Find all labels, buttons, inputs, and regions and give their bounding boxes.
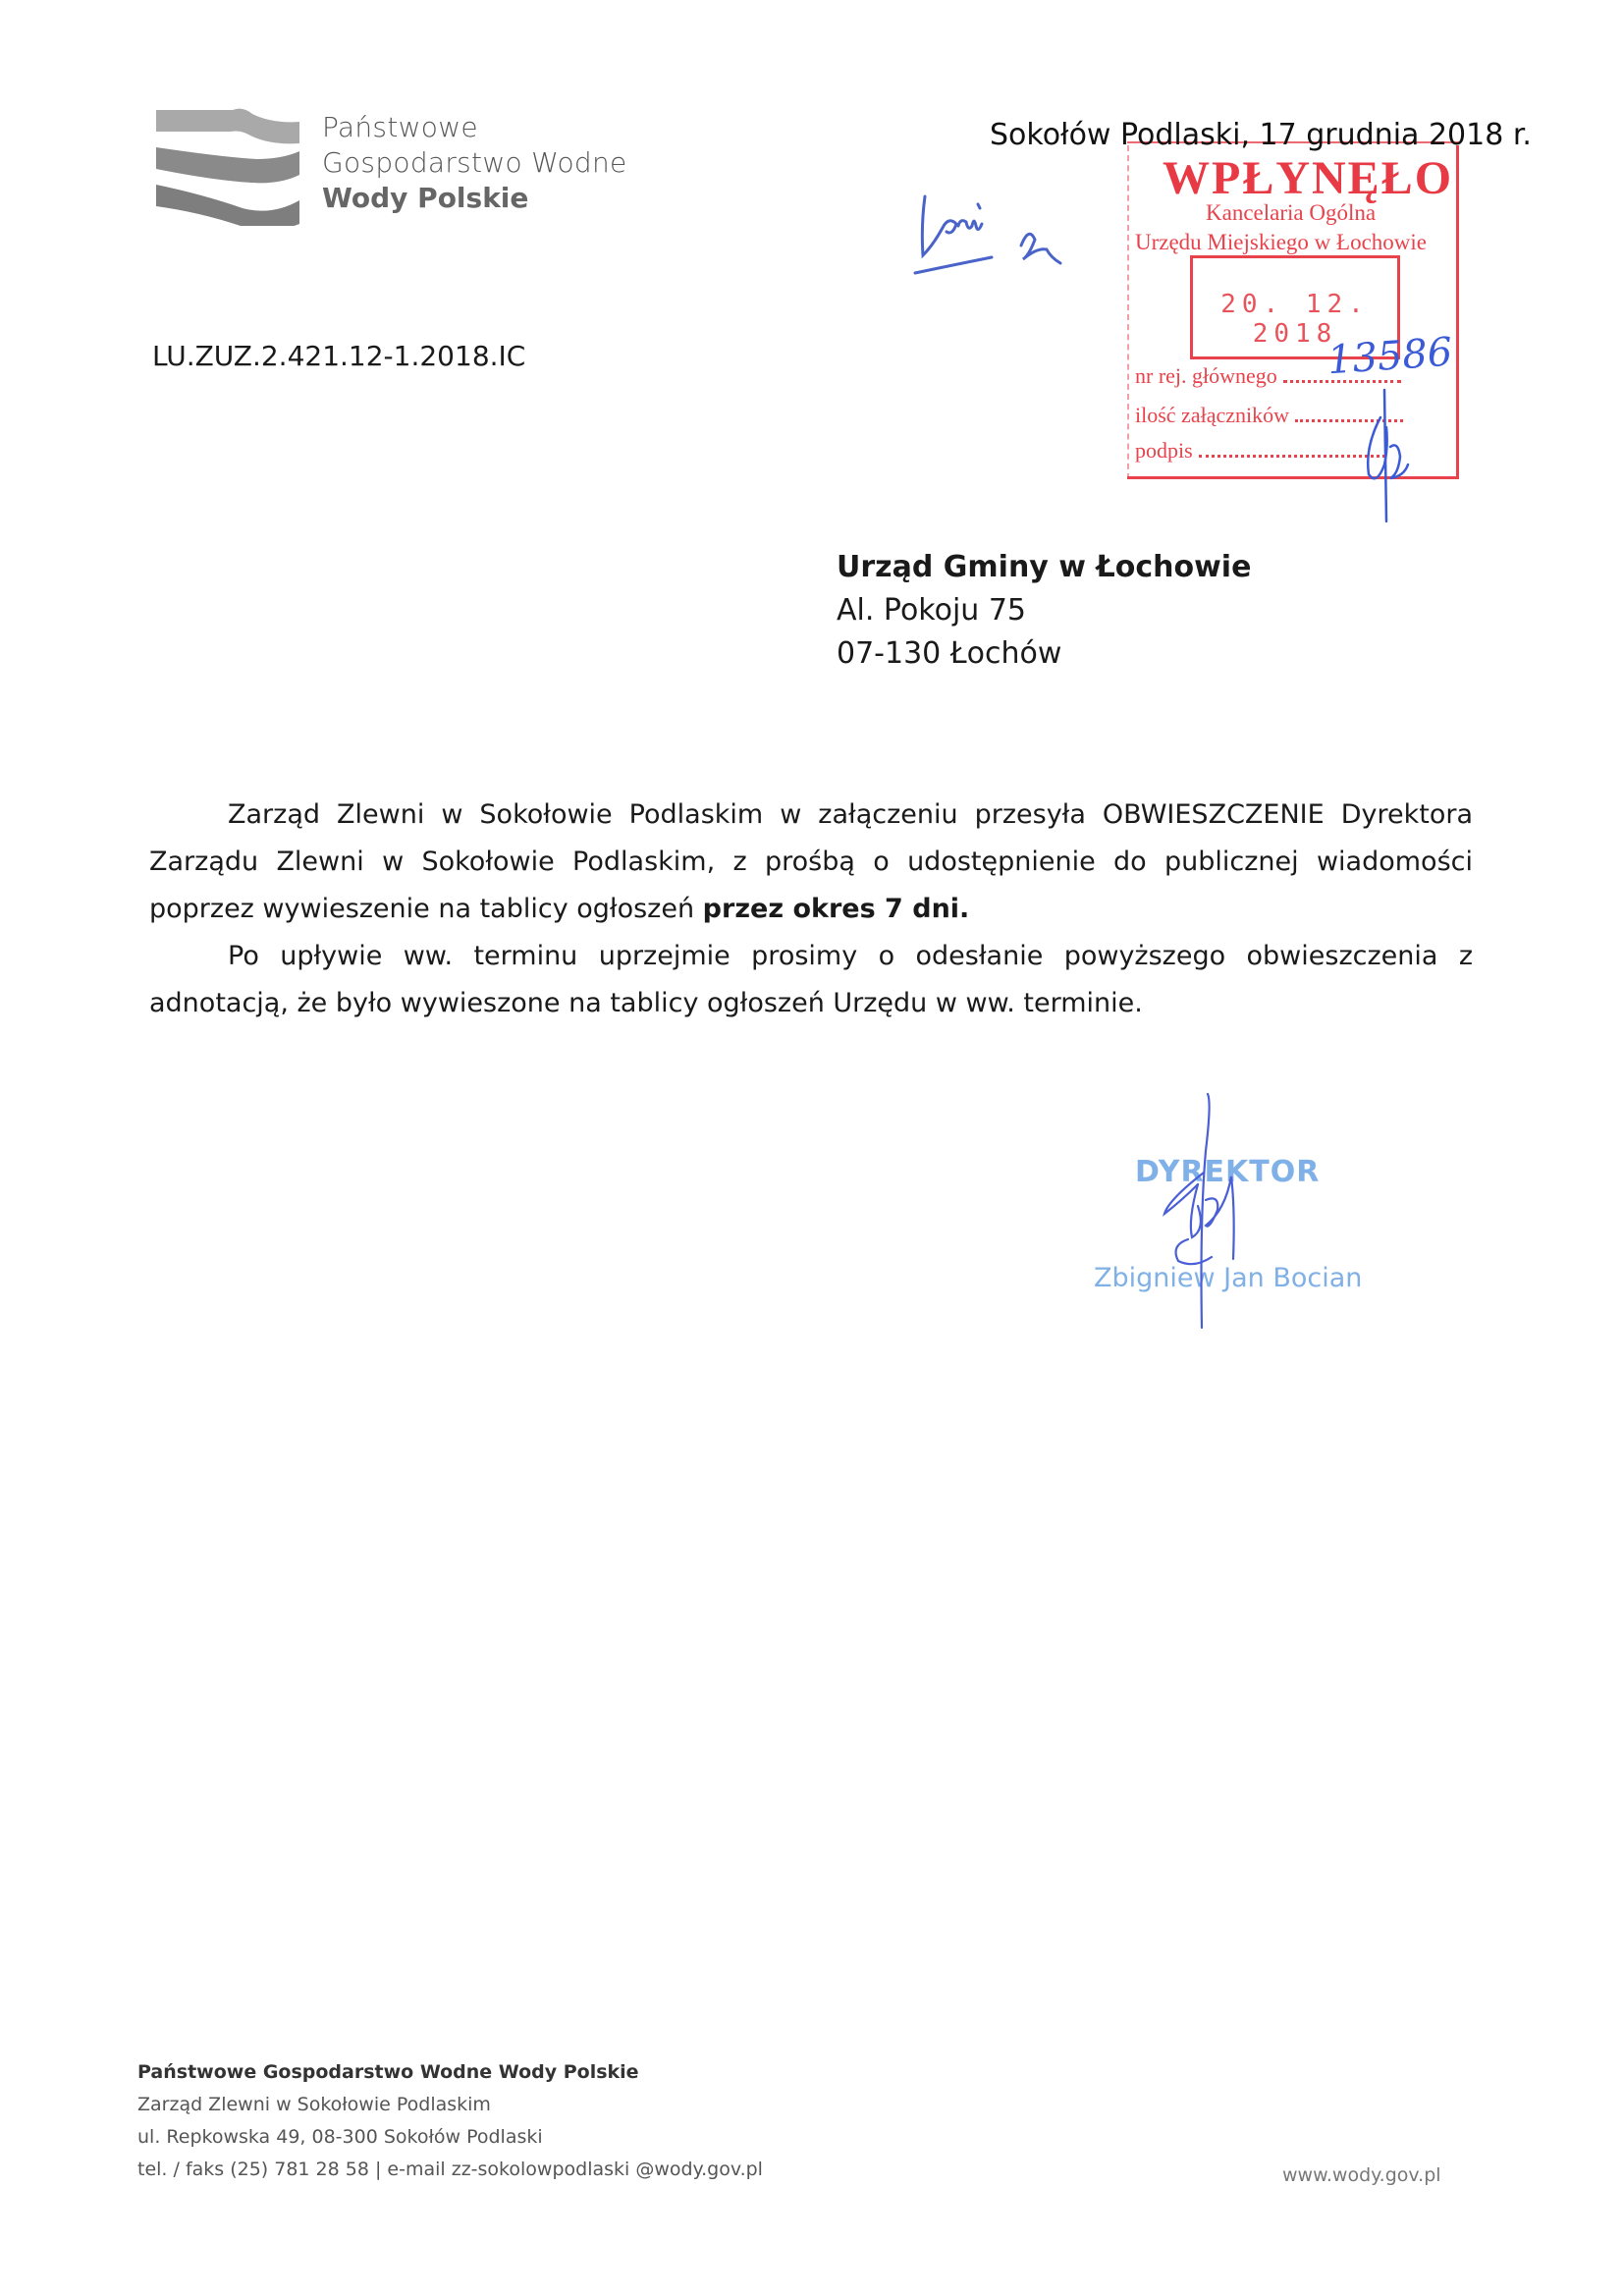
- stamp-signature-row: podpis: [1135, 438, 1385, 464]
- recipient-city: 07-130 Łochów: [837, 632, 1251, 676]
- reference-number: LU.ZUZ.2.421.12-1.2018.IC: [152, 340, 525, 372]
- stamp-institution: Urzędu Miejskiego w Łochowie: [1135, 230, 1427, 255]
- footer-contact: tel. / faks (25) 781 28 58 | e-mail zz-s…: [137, 2154, 763, 2186]
- handwritten-annotation-icon: [913, 187, 1109, 285]
- paragraph-emphasis: przez okres 7 dni.: [703, 894, 970, 924]
- body-paragraph-2: Po upływie ww. terminu uprzejmie prosimy…: [149, 933, 1473, 1027]
- logo-line-3: Wody Polskie: [322, 181, 627, 216]
- stamp-border: [1127, 145, 1129, 479]
- recipient-street: Al. Pokoju 75: [837, 589, 1251, 632]
- letterhead-footer: Państwowe Gospodarstwo Wodne Wody Polski…: [137, 2056, 763, 2186]
- place-and-date: Sokołów Podlaski, 17 grudnia 2018 r.: [990, 118, 1532, 152]
- stamp-border: [1456, 145, 1459, 479]
- body-paragraph-1: Zarząd Zlewni w Sokołowie Podlaskim w za…: [149, 792, 1473, 933]
- logo-line-2: Gospodarstwo Wodne: [322, 145, 627, 181]
- handwritten-registry-number: 13586: [1326, 330, 1454, 384]
- footer-unit: Zarząd Zlewni w Sokołowie Podlaskim: [137, 2089, 763, 2121]
- stamp-attachments-label: ilość załączników: [1135, 403, 1289, 427]
- logo-line-1: Państwowe: [322, 110, 627, 145]
- stamp-signature-label: podpis: [1135, 438, 1193, 463]
- footer-organization: Państwowe Gospodarstwo Wodne Wody Polski…: [137, 2056, 763, 2089]
- stamp-signature-scribble-icon: [1355, 388, 1414, 525]
- letter-body: Zarząd Zlewni w Sokołowie Podlaskim w za…: [149, 792, 1473, 1027]
- stamp-title: WPŁYNĘŁO: [1163, 151, 1453, 205]
- recipient-name: Urząd Gminy w Łochowie: [837, 546, 1251, 589]
- wave-stripes-logo-icon: [154, 102, 299, 226]
- stamp-office: Kancelaria Ogólna: [1206, 200, 1376, 226]
- recipient-address: Urząd Gminy w Łochowie Al. Pokoju 75 07-…: [837, 546, 1251, 676]
- stamp-registry-label: nr rej. głównego: [1135, 363, 1277, 388]
- logo-wordmark: Państwowe Gospodarstwo Wodne Wody Polski…: [322, 110, 627, 216]
- handwritten-signature-icon: [1149, 1092, 1267, 1338]
- footer-website-link[interactable]: www.wody.gov.pl: [1282, 2164, 1441, 2186]
- footer-address: ul. Repkowska 49, 08-300 Sokołów Podlask…: [137, 2121, 763, 2154]
